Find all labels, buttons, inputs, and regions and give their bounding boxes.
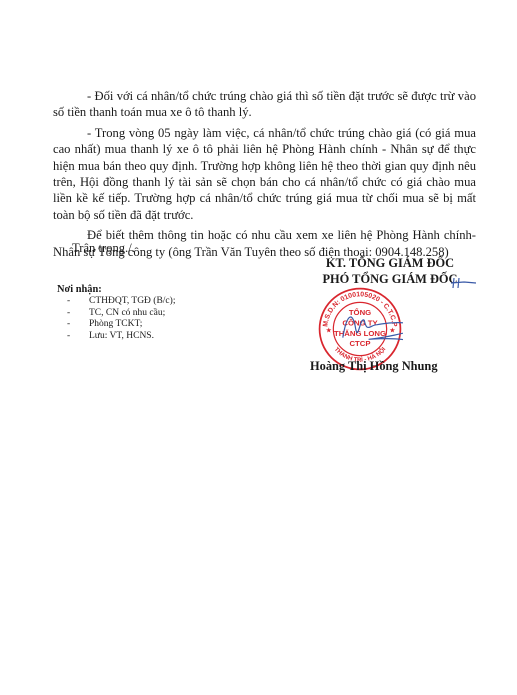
recipient-text: TC, CN có nhu cầu; xyxy=(89,308,165,318)
recipient-text: Lưu: VT, HCNS. xyxy=(89,331,154,341)
closing-line: Trân trọng./. xyxy=(72,241,135,256)
recipient-text: Phòng TCKT; xyxy=(89,319,142,329)
recipient-item: -Phòng TCKT; xyxy=(57,319,175,330)
signer-name: Hoàng Thị Hồng Nhung xyxy=(310,359,438,374)
svg-text:CTCP: CTCP xyxy=(349,339,370,348)
document-body: - Đối với cá nhân/tổ chức trúng chào giá… xyxy=(53,88,476,264)
recipient-item: -TC, CN có nhu cầu; xyxy=(57,308,175,319)
recipients-block: Nơi nhận: -CTHĐQT, TGĐ (B/c); -TC, CN có… xyxy=(57,284,175,342)
document-page: - Đối với cá nhân/tổ chức trúng chào giá… xyxy=(0,0,517,695)
paragraph-deposit-deduction: - Đối với cá nhân/tổ chức trúng chào giá… xyxy=(53,88,476,121)
svg-text:THĂNG LONG: THĂNG LONG xyxy=(334,329,386,338)
svg-text:★: ★ xyxy=(326,326,332,334)
signature-title-line1: KT. TỔNG GIÁM ĐỐC xyxy=(300,256,480,272)
paragraph-contact-deadline: - Trong vòng 05 ngày làm việc, cá nhân/t… xyxy=(53,125,476,223)
recipient-item: -CTHĐQT, TGĐ (B/c); xyxy=(57,296,175,307)
recipient-item: -Lưu: VT, HCNS. xyxy=(57,331,175,342)
svg-text:★: ★ xyxy=(389,326,395,334)
signature-block: KT. TỔNG GIÁM ĐỐC PHÓ TỔNG GIÁM ĐỐC M.S.… xyxy=(300,256,480,287)
initial-mark-icon xyxy=(450,276,478,290)
recipient-text: CTHĐQT, TGĐ (B/c); xyxy=(89,296,175,306)
recipients-label: Nơi nhận: xyxy=(57,284,175,295)
recipients-list: -CTHĐQT, TGĐ (B/c); -TC, CN có nhu cầu; … xyxy=(57,296,175,342)
svg-text:TỔNG: TỔNG xyxy=(349,308,371,317)
